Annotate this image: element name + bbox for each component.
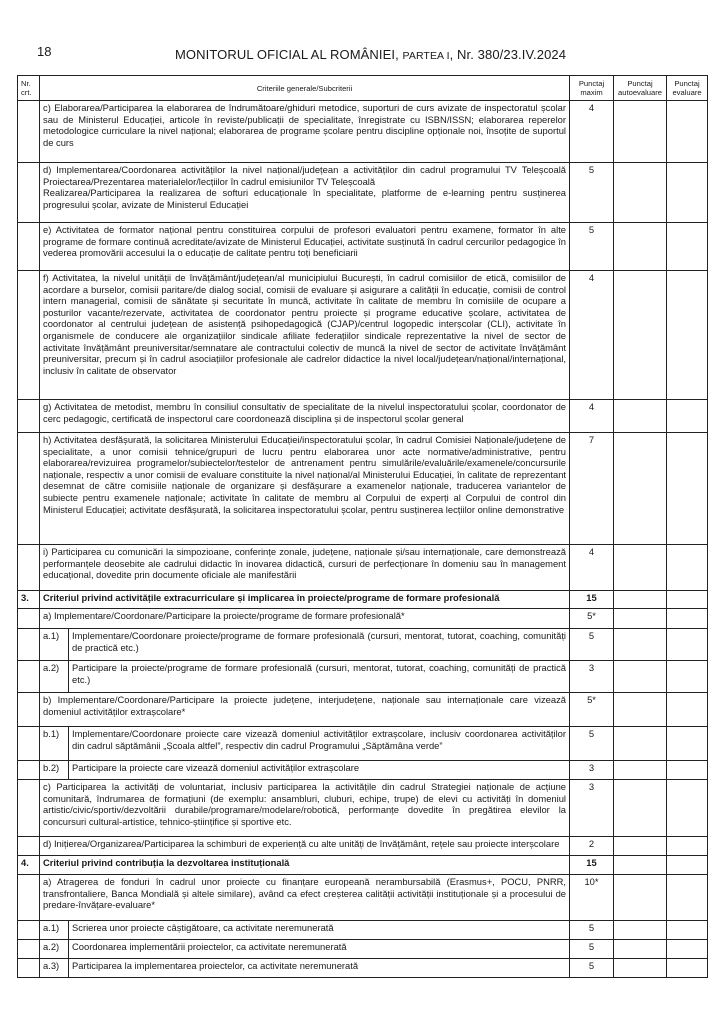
table-row: i) Participarea cu comunicări la simpozi… <box>18 545 708 591</box>
self-evaluation-cell[interactable] <box>614 661 667 693</box>
criteria-table: Nr. crt. Criteriile generale/Subcriterii… <box>17 75 708 978</box>
item-text: d) Implementarea/Coordonarea activitățil… <box>40 163 570 223</box>
row-number-cell <box>18 921 40 940</box>
max-score-cell: 5 <box>570 629 614 661</box>
max-score-cell: 15 <box>570 591 614 609</box>
max-score-cell: 5 <box>570 959 614 978</box>
subcriterion-row: b.2)Participare la proiecte care vizează… <box>18 761 708 780</box>
evaluation-cell[interactable] <box>667 959 708 978</box>
subcriterion-text: Implementare/Coordonare proiecte/program… <box>69 629 570 661</box>
self-evaluation-cell[interactable] <box>614 223 667 271</box>
column-header-max-score: Punctaj maxim <box>570 76 614 101</box>
self-evaluation-cell[interactable] <box>614 591 667 609</box>
self-evaluation-cell[interactable] <box>614 271 667 400</box>
self-evaluation-cell[interactable] <box>614 856 667 875</box>
self-evaluation-cell[interactable] <box>614 609 667 629</box>
row-number-cell <box>18 875 40 921</box>
column-header-self-evaluation: Punctaj autoevaluare <box>614 76 667 101</box>
subcriterion-row: a.3)Participarea la implementarea proiec… <box>18 959 708 978</box>
row-number-cell <box>18 433 40 545</box>
table-row: h) Activitatea desfășurată, la solicitar… <box>18 433 708 545</box>
item-text: h) Activitatea desfășurată, la solicitar… <box>40 433 570 545</box>
subcriterion-label: a.2) <box>40 661 69 693</box>
criterion-number: 4. <box>18 856 40 875</box>
self-evaluation-cell[interactable] <box>614 693 667 727</box>
evaluation-cell[interactable] <box>667 921 708 940</box>
item-text: f) Activitatea, la nivelul unității de î… <box>40 271 570 400</box>
max-score-cell: 3 <box>570 661 614 693</box>
criterion-row: 3.Criteriul privind activitățile extracu… <box>18 591 708 609</box>
evaluation-cell[interactable] <box>667 591 708 609</box>
table-header-row: Nr. crt. Criteriile generale/Subcriterii… <box>18 76 708 101</box>
subcriterion-label: a.2) <box>40 940 69 959</box>
subcriterion-text: Participarea la implementarea proiectelo… <box>69 959 570 978</box>
item-text: c) Elaborarea/Participarea la elaborarea… <box>40 101 570 163</box>
subcriterion-row: b.1)Implementare/Coordonare proiecte car… <box>18 727 708 761</box>
table-row: c) Elaborarea/Participarea la elaborarea… <box>18 101 708 163</box>
table-row: a) Implementare/Coordonare/Participare l… <box>18 609 708 629</box>
evaluation-cell[interactable] <box>667 545 708 591</box>
table-row: c) Participarea la activități de volunta… <box>18 780 708 837</box>
max-score-cell: 5* <box>570 609 614 629</box>
max-score-cell: 4 <box>570 545 614 591</box>
criterion-number: 3. <box>18 591 40 609</box>
table-row: e) Activitatea de formator național pent… <box>18 223 708 271</box>
row-number-cell <box>18 400 40 433</box>
evaluation-cell[interactable] <box>667 223 708 271</box>
max-score-cell: 3 <box>570 780 614 837</box>
row-number-cell <box>18 727 40 761</box>
subcriterion-text: Participare la proiecte/programe de form… <box>69 661 570 693</box>
table-row: g) Activitatea de metodist, membru în co… <box>18 400 708 433</box>
row-number-cell <box>18 761 40 780</box>
row-number-cell <box>18 163 40 223</box>
self-evaluation-cell[interactable] <box>614 629 667 661</box>
self-evaluation-cell[interactable] <box>614 101 667 163</box>
row-number-cell <box>18 661 40 693</box>
item-text: c) Participarea la activități de volunta… <box>40 780 570 837</box>
evaluation-cell[interactable] <box>667 271 708 400</box>
self-evaluation-cell[interactable] <box>614 959 667 978</box>
table-row: b) Implementare/Coordonare/Participare l… <box>18 693 708 727</box>
subcriterion-row: a.2)Coordonarea implementării proiectelo… <box>18 940 708 959</box>
subcriterion-text: Coordonarea implementării proiectelor, c… <box>69 940 570 959</box>
evaluation-cell[interactable] <box>667 400 708 433</box>
item-text: i) Participarea cu comunicări la simpozi… <box>40 545 570 591</box>
max-score-cell: 5 <box>570 223 614 271</box>
page-number: 18 <box>37 44 51 59</box>
subcriterion-label: b.1) <box>40 727 69 761</box>
subcriterion-label: a.3) <box>40 959 69 978</box>
evaluation-cell[interactable] <box>667 780 708 837</box>
evaluation-cell[interactable] <box>667 761 708 780</box>
self-evaluation-cell[interactable] <box>614 921 667 940</box>
item-text: d) Inițierea/Organizarea/Participarea la… <box>40 837 570 856</box>
self-evaluation-cell[interactable] <box>614 163 667 223</box>
self-evaluation-cell[interactable] <box>614 727 667 761</box>
row-number-cell <box>18 101 40 163</box>
item-text: e) Activitatea de formator național pent… <box>40 223 570 271</box>
evaluation-cell[interactable] <box>667 609 708 629</box>
subcriterion-row: a.1)Implementare/Coordonare proiecte/pro… <box>18 629 708 661</box>
max-score-cell: 4 <box>570 400 614 433</box>
item-text: g) Activitatea de metodist, membru în co… <box>40 400 570 433</box>
max-score-cell: 15 <box>570 856 614 875</box>
max-score-cell: 5* <box>570 693 614 727</box>
item-text: b) Implementare/Coordonare/Participare l… <box>40 693 570 727</box>
evaluation-cell[interactable] <box>667 661 708 693</box>
criterion-row: 4.Criteriul privind contribuția la dezvo… <box>18 856 708 875</box>
self-evaluation-cell[interactable] <box>614 837 667 856</box>
max-score-cell: 2 <box>570 837 614 856</box>
subcriterion-label: a.1) <box>40 921 69 940</box>
criterion-text: Criteriul privind contribuția la dezvolt… <box>40 856 570 875</box>
item-text: a) Atragerea de fonduri în cadrul unor p… <box>40 875 570 921</box>
max-score-cell: 7 <box>570 433 614 545</box>
evaluation-cell[interactable] <box>667 163 708 223</box>
table-row: d) Inițierea/Organizarea/Participarea la… <box>18 837 708 856</box>
row-number-cell <box>18 940 40 959</box>
item-text: a) Implementare/Coordonare/Participare l… <box>40 609 570 629</box>
evaluation-cell[interactable] <box>667 727 708 761</box>
max-score-cell: 10* <box>570 875 614 921</box>
evaluation-cell[interactable] <box>667 940 708 959</box>
evaluation-cell[interactable] <box>667 837 708 856</box>
subcriterion-label: a.1) <box>40 629 69 661</box>
max-score-cell: 5 <box>570 921 614 940</box>
row-number-cell <box>18 959 40 978</box>
row-number-cell <box>18 271 40 400</box>
evaluation-cell[interactable] <box>667 693 708 727</box>
row-number-cell <box>18 223 40 271</box>
row-number-cell <box>18 629 40 661</box>
self-evaluation-cell[interactable] <box>614 400 667 433</box>
max-score-cell: 4 <box>570 271 614 400</box>
max-score-cell: 3 <box>570 761 614 780</box>
subcriterion-row: a.2)Participare la proiecte/programe de … <box>18 661 708 693</box>
evaluation-cell[interactable] <box>667 856 708 875</box>
max-score-cell: 5 <box>570 163 614 223</box>
header-title-issue: , Nr. 380/23.IV.2024 <box>450 47 566 62</box>
table-row: a) Atragerea de fonduri în cadrul unor p… <box>18 875 708 921</box>
row-number-cell <box>18 693 40 727</box>
publication-header: MONITORUL OFICIAL AL ROMÂNIEI, PARTEA I,… <box>175 47 566 62</box>
criterion-text: Criteriul privind activitățile extracurr… <box>40 591 570 609</box>
subcriterion-label: b.2) <box>40 761 69 780</box>
header-title-main: MONITORUL OFICIAL AL ROMÂNIEI, <box>175 47 403 62</box>
self-evaluation-cell[interactable] <box>614 940 667 959</box>
subcriterion-text: Scrierea unor proiecte câștigătoare, ca … <box>69 921 570 940</box>
table-body: c) Elaborarea/Participarea la elaborarea… <box>18 101 708 978</box>
self-evaluation-cell[interactable] <box>614 875 667 921</box>
column-header-criteria: Criteriile generale/Subcriterii <box>40 76 570 101</box>
row-number-cell <box>18 545 40 591</box>
self-evaluation-cell[interactable] <box>614 545 667 591</box>
column-header-nr: Nr. crt. <box>18 76 40 101</box>
self-evaluation-cell[interactable] <box>614 780 667 837</box>
column-header-evaluation: Punctaj evaluare <box>667 76 708 101</box>
row-number-cell <box>18 780 40 837</box>
row-number-cell <box>18 609 40 629</box>
evaluation-cell[interactable] <box>667 875 708 921</box>
self-evaluation-cell[interactable] <box>614 433 667 545</box>
subcriterion-text: Participare la proiecte care vizează dom… <box>69 761 570 780</box>
table-row: f) Activitatea, la nivelul unității de î… <box>18 271 708 400</box>
row-number-cell <box>18 837 40 856</box>
evaluation-cell[interactable] <box>667 433 708 545</box>
max-score-cell: 4 <box>570 101 614 163</box>
subcriterion-row: a.1)Scrierea unor proiecte câștigătoare,… <box>18 921 708 940</box>
evaluation-cell[interactable] <box>667 101 708 163</box>
subcriterion-text: Implementare/Coordonare proiecte care vi… <box>69 727 570 761</box>
header-title-part: PARTEA I <box>403 50 450 62</box>
evaluation-cell[interactable] <box>667 629 708 661</box>
max-score-cell: 5 <box>570 727 614 761</box>
max-score-cell: 5 <box>570 940 614 959</box>
table-row: d) Implementarea/Coordonarea activitățil… <box>18 163 708 223</box>
self-evaluation-cell[interactable] <box>614 761 667 780</box>
